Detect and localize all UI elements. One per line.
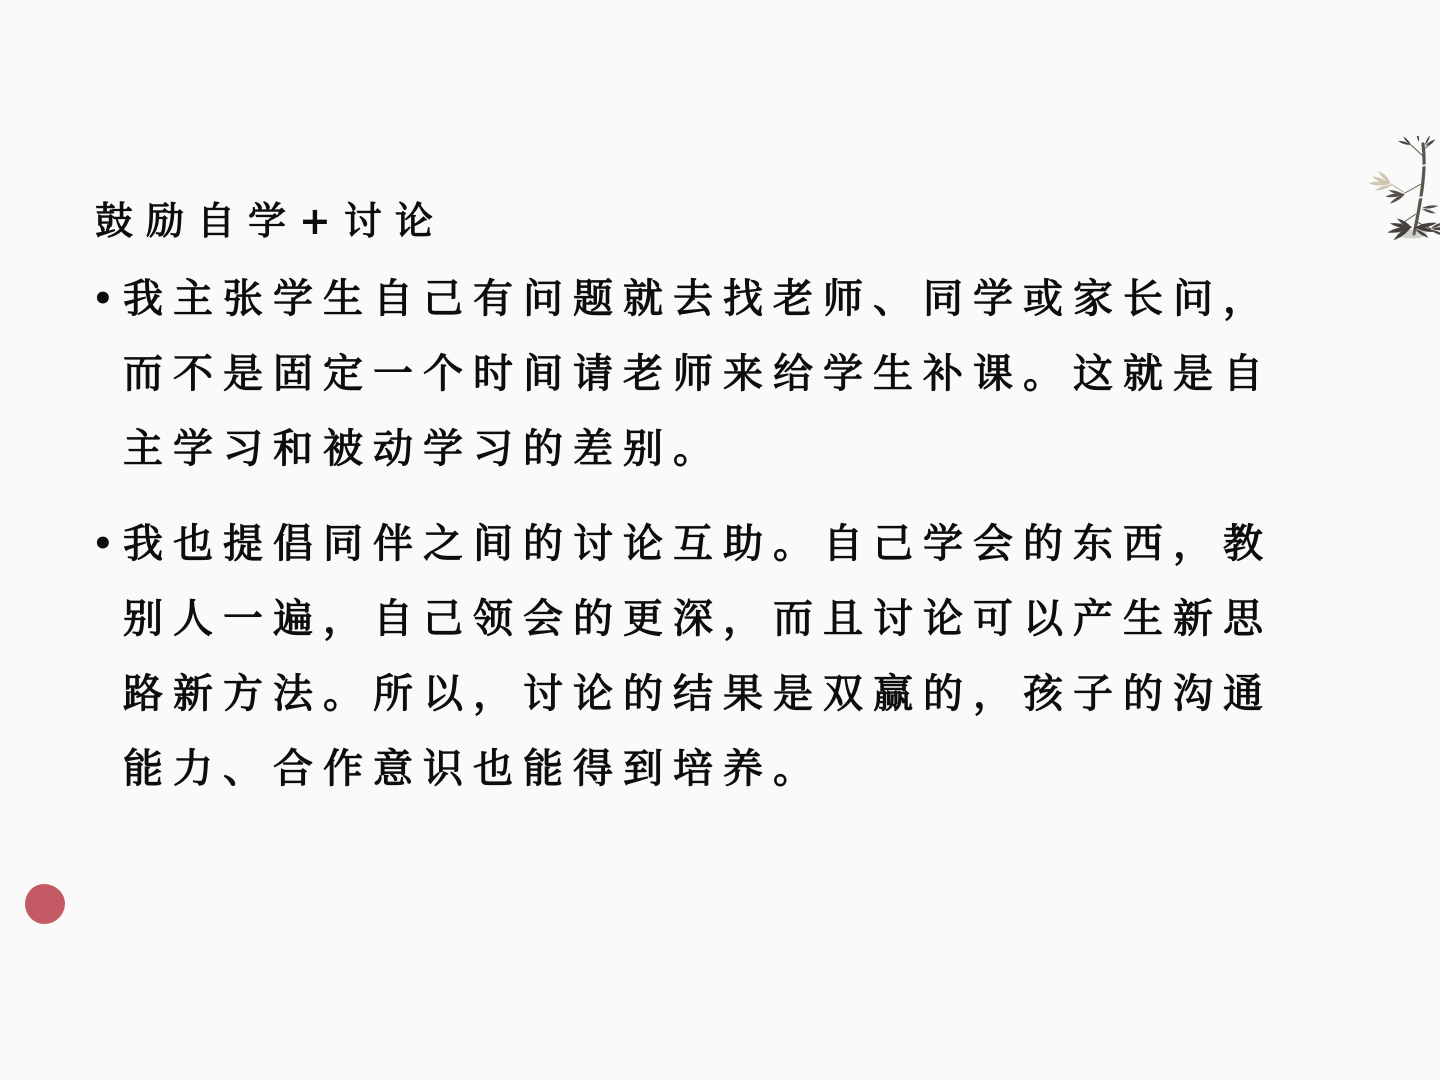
text-line: 能力、合作意识也能得到培养。 [123,732,1273,807]
presentation-slide: 鼓励自学+讨论 • 我主张学生自己有问题就去找老师、同学或家长问，而不是固定一个… [0,0,1440,1080]
bamboo-icon [1359,136,1440,250]
text-line: 路新方法。所以，讨论的结果是双赢的，孩子的沟通 [123,657,1273,732]
bullet-marker: • [92,507,123,582]
bullet-marker: • [92,262,123,337]
text-line: 别人一遍，自己领会的更深，而且讨论可以产生新思 [123,582,1273,657]
bullet-item: • 我主张学生自己有问题就去找老师、同学或家长问，而不是固定一个时间请老师来给学… [92,262,1392,487]
text-line: 主学习和被动学习的差别。 [123,412,1273,487]
bullet-item: • 我也提倡同伴之间的讨论互助。自己学会的东西，教别人一遍，自己领会的更深，而且… [92,507,1392,807]
text-line: 我也提倡同伴之间的讨论互助。自己学会的东西，教 [123,507,1273,582]
slide-title: 鼓励自学+讨论 [95,190,446,245]
bullet-text: 我也提倡同伴之间的讨论互助。自己学会的东西，教别人一遍，自己领会的更深，而且讨论… [123,507,1273,807]
bullet-list: • 我主张学生自己有问题就去找老师、同学或家长问，而不是固定一个时间请老师来给学… [92,262,1392,827]
text-line: 我主张学生自己有问题就去找老师、同学或家长问， [123,262,1273,337]
text-line: 而不是固定一个时间请老师来给学生补课。这就是自 [123,337,1273,412]
bullet-text: 我主张学生自己有问题就去找老师、同学或家长问，而不是固定一个时间请老师来给学生补… [123,262,1273,487]
red-seal-dot [25,884,65,924]
